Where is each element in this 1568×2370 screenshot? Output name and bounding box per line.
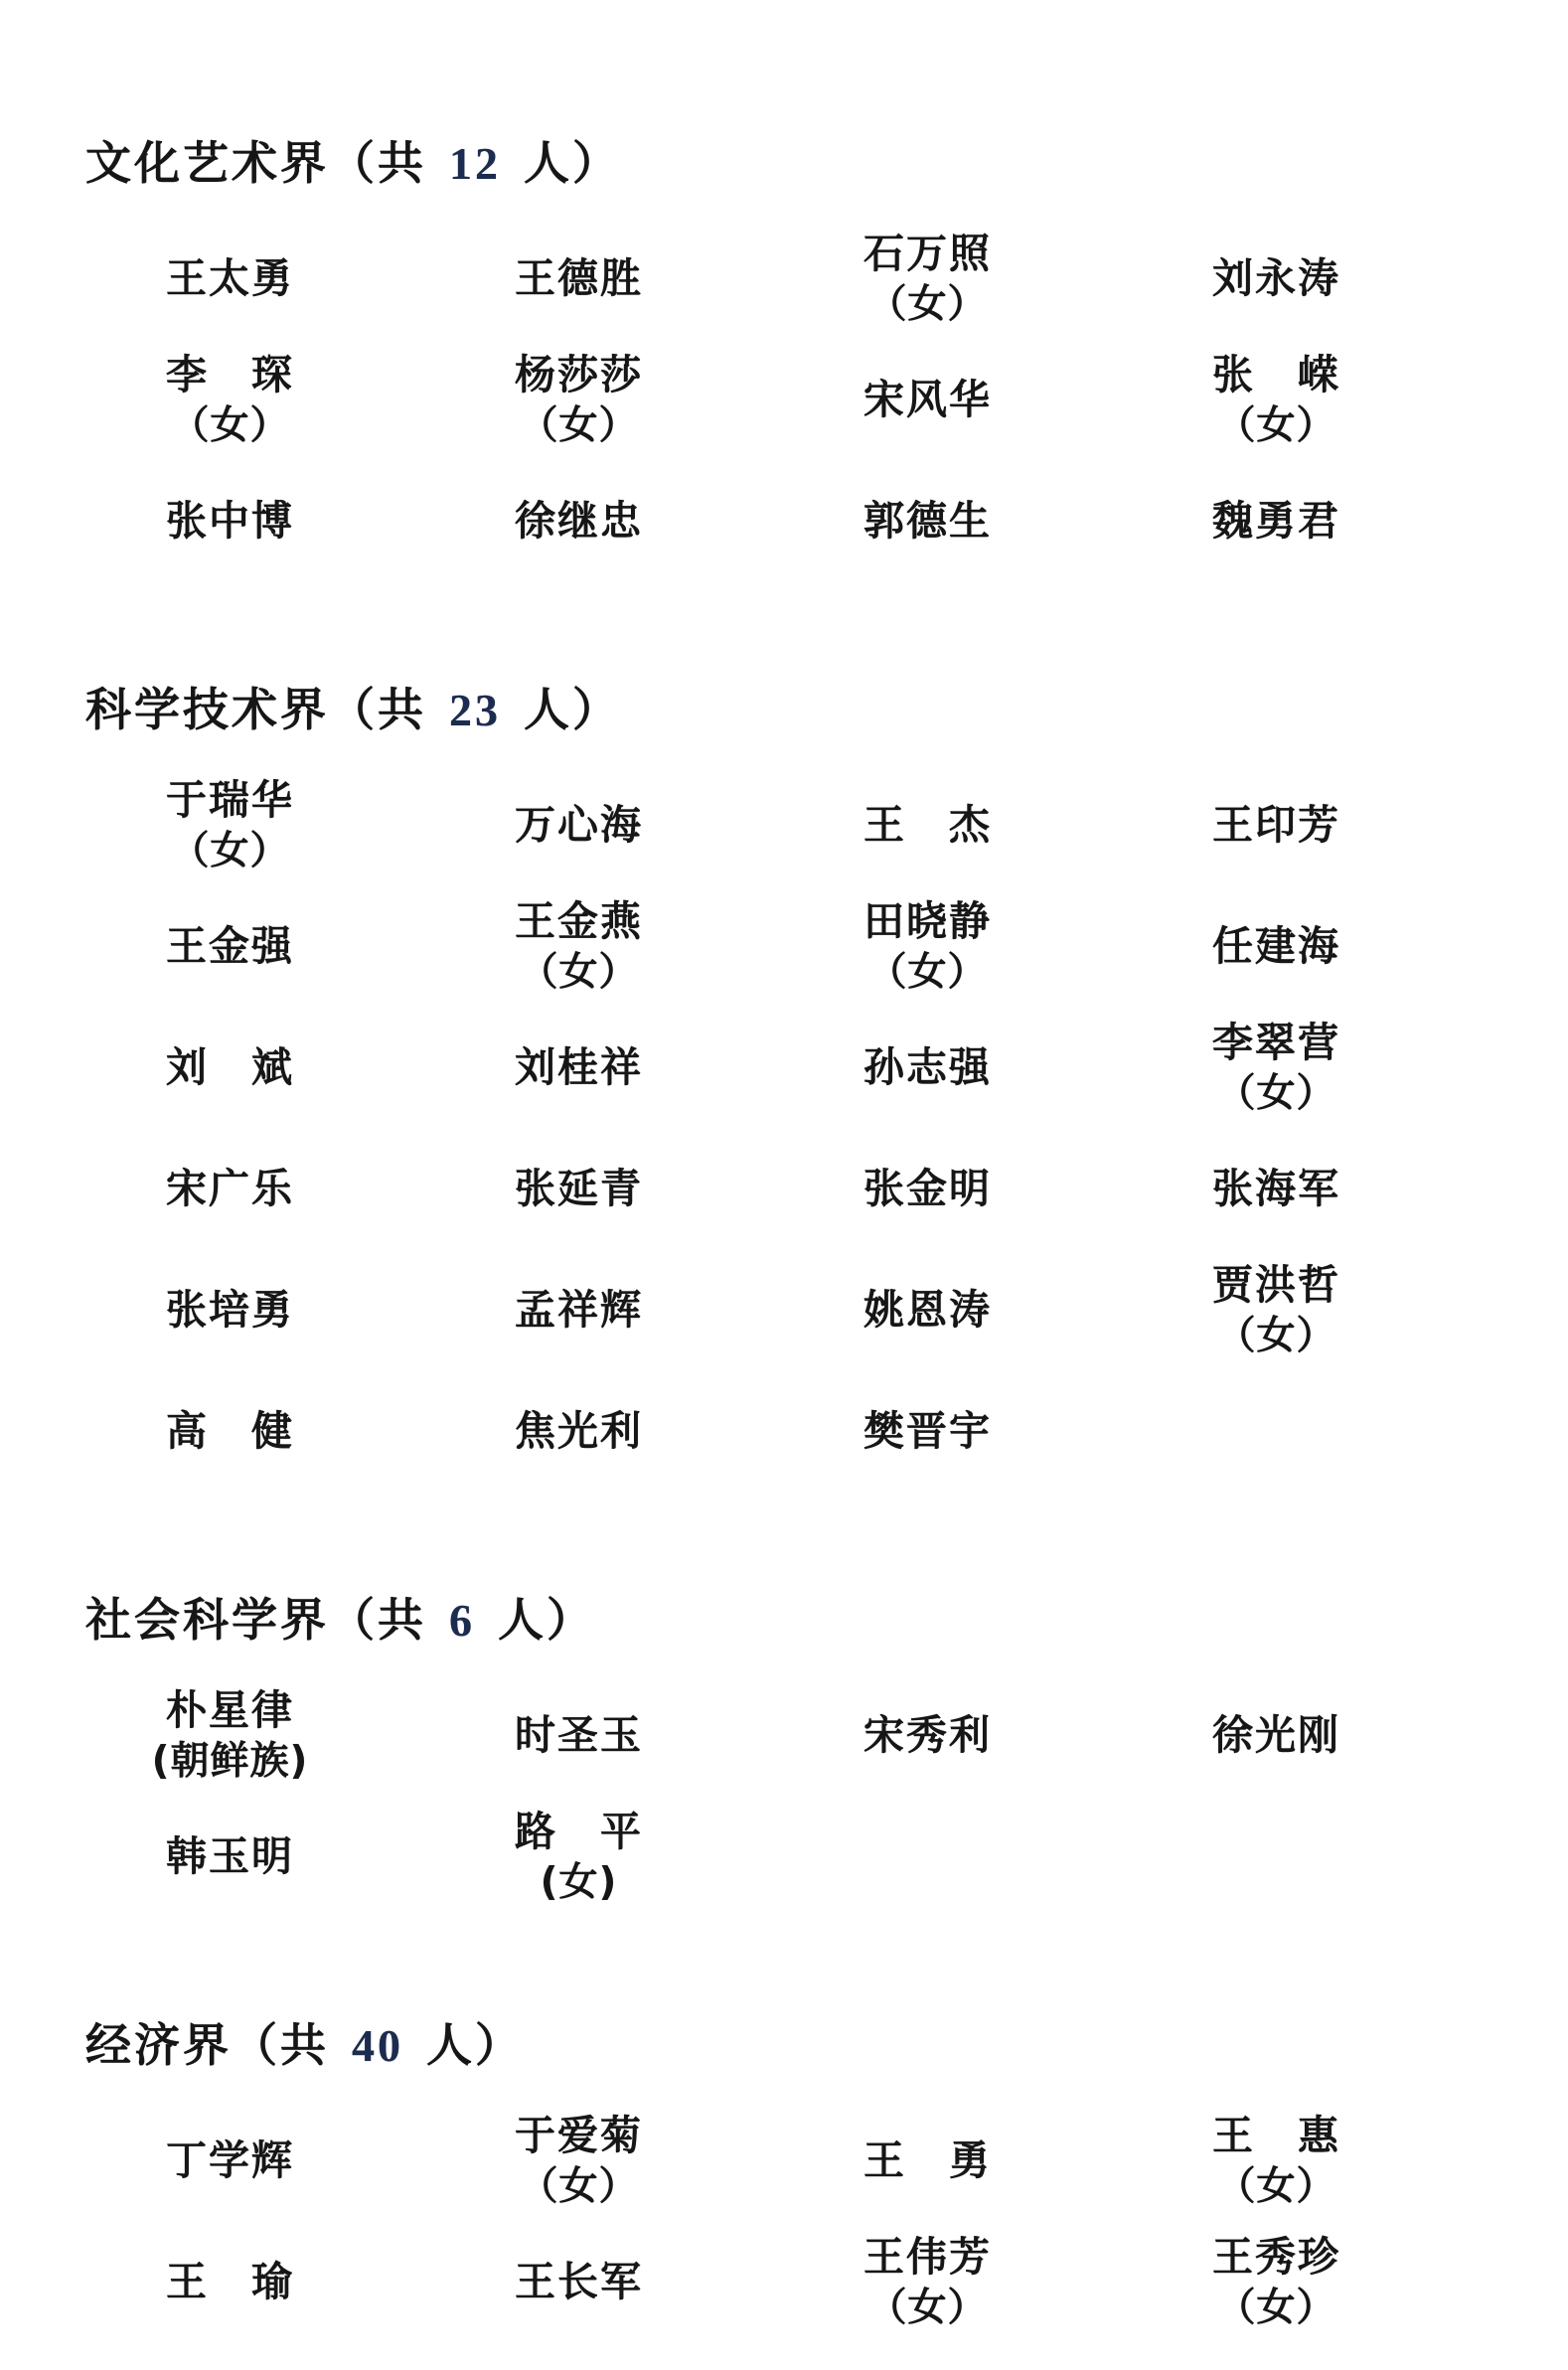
person-name: 王 勇 (863, 2136, 992, 2184)
name-cell: 时圣玉 (404, 1710, 753, 1761)
name-row: 朴星律(朝鲜族)时圣玉宋秀利徐光刚 (56, 1675, 1451, 1797)
person-name: 姚恩涛 (863, 1286, 992, 1334)
name-cell: 徐光刚 (1102, 1710, 1451, 1761)
section-count-open: （共 (329, 683, 445, 736)
name-cell: 徐继忠 (404, 496, 753, 547)
person-name: 贾洪哲 (1212, 1261, 1340, 1309)
name-cell: 万心海 (404, 800, 753, 851)
section-title: 经济界（共 40 人） (85, 2009, 1568, 2075)
person-name: 刘永涛 (1212, 254, 1340, 302)
person-name: 王德胜 (515, 254, 643, 302)
person-name: 高 健 (166, 1407, 294, 1455)
name-cell: 王 勇 (753, 2135, 1102, 2186)
section-title-text: 社会科学界 (85, 1593, 329, 1647)
person-name: 王伟芳 (863, 2233, 992, 2281)
name-cell: 高 健 (56, 1406, 404, 1457)
person-name: 王长军 (515, 2258, 643, 2305)
name-row: 刘 斌刘桂祥孙志强李翠营（女） (56, 1008, 1451, 1129)
section-count-close: 人） (505, 136, 621, 190)
name-cell: 贾洪哲（女） (1102, 1260, 1451, 1361)
name-row: 王金强王金燕（女）田晓静（女）任建海 (56, 886, 1451, 1008)
name-rows: 于瑞华（女）万心海王 杰王印芳王金强王金燕（女）田晓静（女）任建海刘 斌刘桂祥孙… (56, 765, 1451, 1493)
name-cell: 孙志强 (753, 1042, 1102, 1093)
name-cell: 王 杰 (753, 800, 1102, 851)
person-note: （女） (753, 2285, 1102, 2333)
name-cell: 石万照（女） (753, 229, 1102, 330)
name-cell: 刘 斌 (56, 1042, 404, 1093)
person-name: 丁学辉 (166, 2136, 294, 2184)
name-cell: 张金明 (753, 1164, 1102, 1214)
person-name: 宋秀利 (863, 1711, 992, 1759)
person-name: 路 平 (515, 1808, 643, 1855)
name-cell: 张海军 (1102, 1164, 1451, 1214)
person-name: 韩玉明 (166, 1832, 294, 1880)
section-title: 社会科学界（共 6 人） (85, 1584, 1568, 1650)
section-count-open: （共 (329, 136, 445, 190)
name-cell: 王金强 (56, 921, 404, 972)
name-cell: 杨莎莎（女） (404, 350, 753, 451)
person-name: 石万照 (863, 230, 992, 277)
person-name: 任建海 (1212, 922, 1340, 970)
name-rows: 丁学辉于爱菊（女）王 勇王 惠（女）王 瑜王长军王伟芳（女）王秀珍（女） (56, 2101, 1451, 2343)
name-cell: 刘永涛 (1102, 253, 1451, 304)
section-count-open: （共 (232, 2018, 348, 2072)
person-note: (女) (404, 1859, 753, 1908)
person-name: 焦光利 (515, 1407, 643, 1455)
section: 文化艺术界（共 12 人）王太勇王德胜石万照（女）刘永涛李 琛（女）杨莎莎（女）… (0, 127, 1568, 582)
person-note: （女） (56, 402, 404, 451)
person-name: 李 琛 (166, 351, 294, 398)
person-note: （女） (753, 281, 1102, 330)
name-row: 宋广乐张延青张金明张海军 (56, 1129, 1451, 1250)
person-name: 张延青 (515, 1165, 643, 1212)
name-cell: 王伟芳（女） (753, 2232, 1102, 2333)
section-title-text: 经济界 (85, 2018, 232, 2072)
person-name: 郭德生 (863, 497, 992, 545)
person-name: 王秀珍 (1212, 2233, 1340, 2281)
name-row: 韩玉明路 平(女) (56, 1797, 1451, 1918)
person-name: 孙志强 (863, 1043, 992, 1091)
person-name: 万心海 (515, 801, 643, 849)
person-name: 王金燕 (515, 897, 643, 945)
person-name: 孟祥辉 (515, 1286, 643, 1334)
name-cell: 于爱菊（女） (404, 2111, 753, 2212)
person-name: 徐继忠 (515, 497, 643, 545)
person-name: 刘桂祥 (515, 1043, 643, 1091)
person-name: 杨莎莎 (515, 351, 643, 398)
name-cell: 于瑞华（女） (56, 775, 404, 876)
name-cell: 王 瑜 (56, 2257, 404, 2307)
name-cell: 李翠营（女） (1102, 1018, 1451, 1119)
sections-container: 文化艺术界（共 12 人）王太勇王德胜石万照（女）刘永涛李 琛（女）杨莎莎（女）… (0, 127, 1568, 2343)
person-name: 宋广乐 (166, 1165, 294, 1212)
person-name: 刘 斌 (166, 1043, 294, 1091)
person-name: 于瑞华 (166, 776, 294, 824)
person-name: 王 杰 (863, 801, 992, 849)
name-cell: 张中博 (56, 496, 404, 547)
person-name: 朴星律 (166, 1686, 294, 1734)
person-note: （女） (1102, 2285, 1451, 2333)
name-row: 高 健焦光利樊晋宇 (56, 1371, 1451, 1493)
section-count-close: 人） (479, 1593, 595, 1647)
name-cell: 张培勇 (56, 1285, 404, 1336)
person-name: 张 嵘 (1212, 351, 1340, 398)
person-name: 王 瑜 (166, 2258, 294, 2305)
name-row: 李 琛（女）杨莎莎（女）宋风华张 嵘（女） (56, 340, 1451, 461)
person-name: 王金强 (166, 922, 294, 970)
name-cell: 樊晋宇 (753, 1406, 1102, 1457)
name-cell: 刘桂祥 (404, 1042, 753, 1093)
name-row: 张中博徐继忠郭德生魏勇君 (56, 461, 1451, 582)
person-name: 张培勇 (166, 1286, 294, 1334)
person-name: 张中博 (166, 497, 294, 545)
section-count-number: 6 (445, 1595, 479, 1646)
name-cell: 丁学辉 (56, 2135, 404, 2186)
section: 科学技术界（共 23 人）于瑞华（女）万心海王 杰王印芳王金强王金燕（女）田晓静… (0, 674, 1568, 1493)
section-title: 科学技术界（共 23 人） (85, 674, 1568, 739)
name-cell: 孟祥辉 (404, 1285, 753, 1336)
person-name: 王 惠 (1212, 2112, 1340, 2159)
person-name: 张海军 (1212, 1165, 1340, 1212)
section-count-close: 人） (505, 683, 621, 736)
name-cell: 姚恩涛 (753, 1285, 1102, 1336)
person-note: (朝鲜族) (56, 1738, 404, 1787)
section-count-close: 人） (407, 2018, 524, 2072)
section-title: 文化艺术界（共 12 人） (85, 127, 1568, 193)
name-cell: 宋广乐 (56, 1164, 404, 1214)
person-note: （女） (404, 2163, 753, 2212)
person-name: 魏勇君 (1212, 497, 1340, 545)
name-cell: 路 平(女) (404, 1807, 753, 1908)
name-row: 张培勇孟祥辉姚恩涛贾洪哲（女） (56, 1250, 1451, 1371)
document-page: 文化艺术界（共 12 人）王太勇王德胜石万照（女）刘永涛李 琛（女）杨莎莎（女）… (0, 0, 1568, 2370)
name-cell: 宋风华 (753, 375, 1102, 425)
person-note: （女） (56, 828, 404, 876)
name-rows: 朴星律(朝鲜族)时圣玉宋秀利徐光刚韩玉明路 平(女) (56, 1675, 1451, 1918)
person-name: 时圣玉 (515, 1711, 643, 1759)
name-cell: 宋秀利 (753, 1710, 1102, 1761)
section-count-number: 12 (445, 138, 505, 189)
person-name: 徐光刚 (1212, 1711, 1340, 1759)
person-note: （女） (753, 949, 1102, 998)
name-rows: 王太勇王德胜石万照（女）刘永涛李 琛（女）杨莎莎（女）宋风华张 嵘（女）张中博徐… (56, 219, 1451, 582)
person-note: （女） (404, 949, 753, 998)
name-cell: 焦光利 (404, 1406, 753, 1457)
name-cell: 魏勇君 (1102, 496, 1451, 547)
person-name: 张金明 (863, 1165, 992, 1212)
name-cell: 王太勇 (56, 253, 404, 304)
name-row: 丁学辉于爱菊（女）王 勇王 惠（女） (56, 2101, 1451, 2222)
name-cell: 朴星律(朝鲜族) (56, 1685, 404, 1787)
person-note: （女） (1102, 2163, 1451, 2212)
name-cell: 李 琛（女） (56, 350, 404, 451)
name-cell: 韩玉明 (56, 1831, 404, 1882)
name-cell: 王秀珍（女） (1102, 2232, 1451, 2333)
person-name: 田晓静 (863, 897, 992, 945)
person-note: （女） (1102, 402, 1451, 451)
person-name: 于爱菊 (515, 2112, 643, 2159)
section-title-text: 文化艺术界 (85, 136, 329, 190)
person-name: 王印芳 (1212, 801, 1340, 849)
person-note: （女） (1102, 1313, 1451, 1361)
name-cell: 王金燕（女） (404, 896, 753, 998)
name-row: 王 瑜王长军王伟芳（女）王秀珍（女） (56, 2222, 1451, 2343)
name-cell: 王长军 (404, 2257, 753, 2307)
name-cell: 郭德生 (753, 496, 1102, 547)
person-note: （女） (404, 402, 753, 451)
name-cell: 王印芳 (1102, 800, 1451, 851)
name-cell: 任建海 (1102, 921, 1451, 972)
person-name: 樊晋宇 (863, 1407, 992, 1455)
person-name: 李翠营 (1212, 1019, 1340, 1066)
name-cell: 王德胜 (404, 253, 753, 304)
person-name: 王太勇 (166, 254, 294, 302)
section: 经济界（共 40 人）丁学辉于爱菊（女）王 勇王 惠（女）王 瑜王长军王伟芳（女… (0, 2009, 1568, 2343)
section-title-text: 科学技术界 (85, 683, 329, 736)
section-count-number: 23 (445, 685, 505, 735)
name-cell: 王 惠（女） (1102, 2111, 1451, 2212)
person-note: （女） (1102, 1070, 1451, 1119)
name-row: 于瑞华（女）万心海王 杰王印芳 (56, 765, 1451, 886)
section: 社会科学界（共 6 人）朴星律(朝鲜族)时圣玉宋秀利徐光刚韩玉明路 平(女) (0, 1584, 1568, 1918)
name-row: 王太勇王德胜石万照（女）刘永涛 (56, 219, 1451, 340)
person-name: 宋风华 (863, 376, 992, 423)
section-count-number: 40 (348, 2020, 407, 2071)
name-cell: 张 嵘（女） (1102, 350, 1451, 451)
name-cell: 田晓静（女） (753, 896, 1102, 998)
section-count-open: （共 (329, 1593, 445, 1647)
name-cell: 张延青 (404, 1164, 753, 1214)
